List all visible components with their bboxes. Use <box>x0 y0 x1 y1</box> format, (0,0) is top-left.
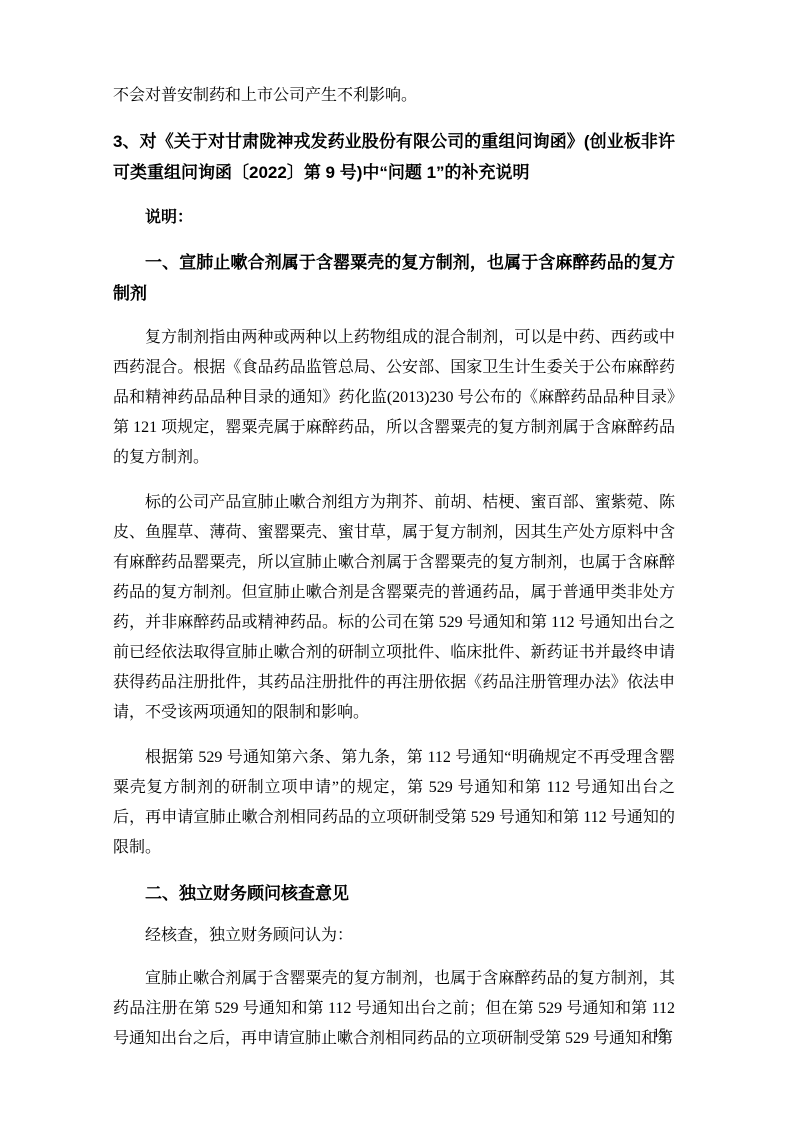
document-page: 不会对普安制药和上市公司产生不利影响。 3、对《关于对甘肃陇神戎发药业股份有限公… <box>0 0 793 1122</box>
section-1-paragraph-target-product: 标的公司产品宣肺止嗽合剂组方为荆芥、前胡、桔梗、蜜百部、蜜紫菀、陈皮、鱼腥草、薄… <box>113 488 675 728</box>
section-2-lead-line: 经核查，独立财务顾问认为： <box>113 921 675 951</box>
question-3-heading: 3、对《关于对甘肃陇神戎发药业股份有限公司的重组问询函》(创业板非许可类重组问询… <box>113 126 675 188</box>
page-number: 15 <box>653 1025 666 1041</box>
section-1-heading: 一、宣肺止嗽合剂属于含罂粟壳的复方制剂，也属于含麻醉药品的复方制剂 <box>113 247 675 309</box>
page-content: 不会对普安制药和上市公司产生不利影响。 3、对《关于对甘肃陇神戎发药业股份有限公… <box>113 81 675 1054</box>
section-1-paragraph-notice-restriction: 根据第 529 号通知第六条、第九条，第 112 号通知“明确规定不再受理含罂粟… <box>113 743 675 863</box>
paragraph-continuation: 不会对普安制药和上市公司产生不利影响。 <box>113 81 675 111</box>
section-1-paragraph-compound-definition: 复方制剂指由两种或两种以上药物组成的混合制剂，可以是中药、西药或中西药混合。根据… <box>113 323 675 473</box>
section-2-opinion-paragraph: 宣肺止嗽合剂属于含罂粟壳的复方制剂，也属于含麻醉药品的复方制剂，其药品注册在第 … <box>113 964 675 1054</box>
section-2-heading: 二、独立财务顾问核查意见 <box>113 878 675 909</box>
explanation-label: 说明： <box>113 203 675 233</box>
